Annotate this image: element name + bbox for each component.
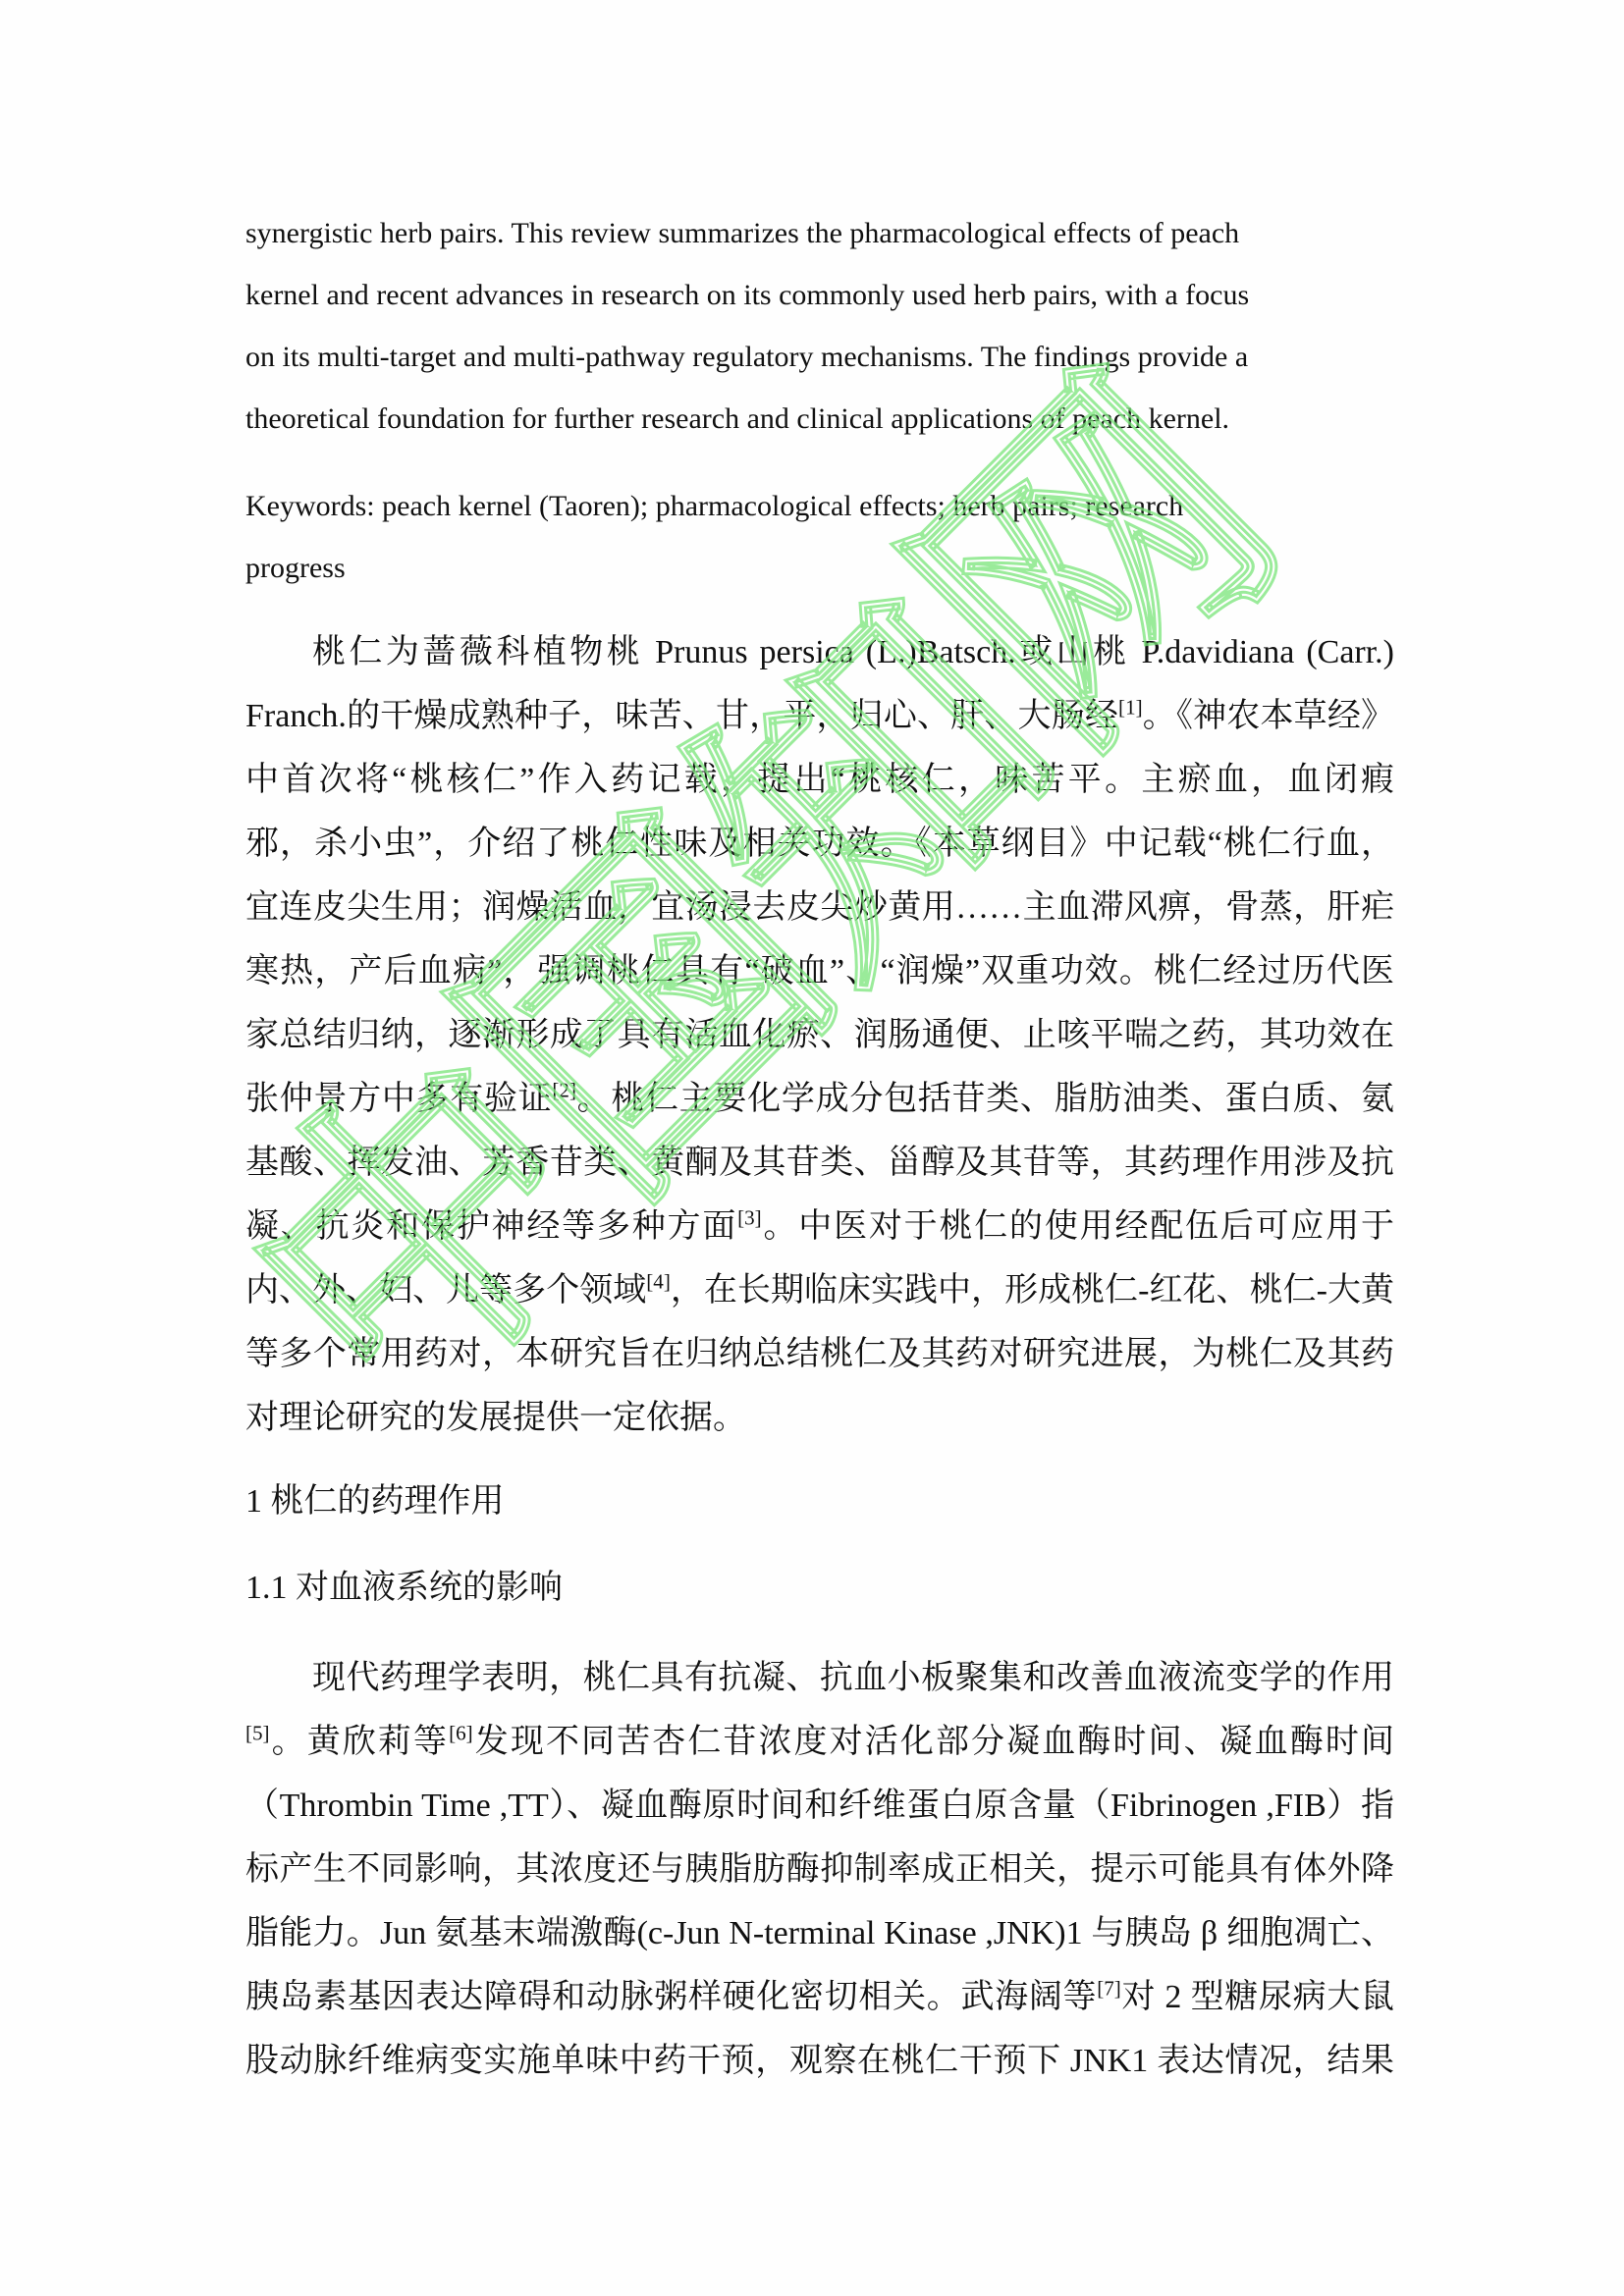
- text-line: 胰岛素基因表达障碍和动脉粥样硬化密切相关。武海阔等[7]对 2 型糖尿病大鼠: [245, 1965, 1394, 2029]
- text-line: [5]。黄欣莉等[6]发现不同苦杏仁苷浓度对活化部分凝血酶时间、凝血酶时间: [245, 1710, 1394, 1774]
- section-1-heading: 1 桃仁的药理作用: [245, 1469, 1394, 1533]
- text-line: 凝、抗炎和保护神经等多种方面[3]。中医对于桃仁的使用经配伍后可应用于: [245, 1195, 1394, 1258]
- abstract-paragraph: synergistic herb pairs. This review summ…: [245, 202, 1394, 450]
- text-line: Franch.的干燥成熟种子，味苦、甘，平，归心、肝、大肠经[1]。《神农本草经…: [245, 684, 1394, 748]
- citation-superscript: [1]: [1118, 696, 1143, 720]
- section-1-1-heading: 1.1 对血液系统的影响: [245, 1556, 1394, 1620]
- text-line: progress: [245, 537, 1394, 599]
- text-line: 等多个常用药对，本研究旨在归纳总结桃仁及其药对研究进展，为桃仁及其药: [245, 1322, 1394, 1386]
- text-line: 中首次将“桃核仁”作入药记载，提出“桃核仁，味苦平。主瘀血，血闭瘕: [245, 748, 1394, 812]
- text-line: 标产生不同影响，其浓度还与胰脂肪酶抑制率成正相关，提示可能具有体外降: [245, 1838, 1394, 1901]
- text-line: on its multi-target and multi-pathway re…: [245, 326, 1394, 388]
- text-line: synergistic herb pairs. This review summ…: [245, 202, 1394, 264]
- citation-superscript: [7]: [1097, 1977, 1121, 2001]
- citation-superscript: [2]: [552, 1079, 576, 1102]
- text-line: 邪，杀小虫”，介绍了桃仁性味及相关功效。《本草纲目》中记载“桃仁行血，: [245, 812, 1394, 876]
- citation-superscript: [3]: [737, 1206, 762, 1230]
- text-line: 桃仁为蔷薇科植物桃 Prunus persica (L.)Batsch.或山桃 …: [245, 620, 1394, 684]
- citation-superscript: [5]: [245, 1722, 270, 1745]
- text-line: theoretical foundation for further resea…: [245, 388, 1394, 450]
- text-line: 现代药理学表明，桃仁具有抗凝、抗血小板聚集和改善血液流变学的作用: [245, 1646, 1394, 1710]
- document-page: 中国知网 synergistic herb pairs. This review…: [0, 0, 1624, 2296]
- citation-superscript: [6]: [449, 1722, 473, 1745]
- text-line: 寒热，产后血病”，强调桃仁具有“破血”、“润燥”双重功效。桃仁经过历代医: [245, 939, 1394, 1003]
- text-line: kernel and recent advances in research o…: [245, 264, 1394, 326]
- citation-superscript: [4]: [646, 1270, 671, 1294]
- text-line: 股动脉纤维病变实施单味中药干预，观察在桃仁干预下 JNK1 表达情况，结果: [245, 2029, 1394, 2093]
- text-line: 脂能力。Jun 氨基末端激酶(c-Jun N-terminal Kinase ,…: [245, 1901, 1394, 1965]
- introduction-paragraph: 桃仁为蔷薇科植物桃 Prunus persica (L.)Batsch.或山桃 …: [245, 620, 1394, 1450]
- keywords-paragraph: Keywords: peach kernel (Taoren); pharmac…: [245, 475, 1394, 599]
- text-line: 基酸、挥发油、芳香苷类、黄酮及其苷类、甾醇及其苷等，其药理作用涉及抗: [245, 1131, 1394, 1195]
- page-content: synergistic herb pairs. This review summ…: [245, 202, 1394, 2093]
- text-line: Keywords: peach kernel (Taoren); pharmac…: [245, 475, 1394, 537]
- text-line: 内、外、妇、儿等多个领域[4]，在长期临床实践中，形成桃仁-红花、桃仁-大黄: [245, 1258, 1394, 1322]
- text-line: 宜连皮尖生用；润燥活血，宜汤浸去皮尖炒黄用……主血滞风痹，骨蒸，肝疟: [245, 876, 1394, 939]
- text-line: 张仲景方中多有验证[2]。桃仁主要化学成分包括苷类、脂肪油类、蛋白质、氨: [245, 1067, 1394, 1131]
- text-line: （Thrombin Time ,TT）、凝血酶原时间和纤维蛋白原含量（Fibri…: [245, 1774, 1394, 1838]
- text-line: 家总结归纳，逐渐形成了具有活血化瘀、润肠通便、止咳平喘之药，其功效在: [245, 1003, 1394, 1067]
- pharmacology-paragraph: 现代药理学表明，桃仁具有抗凝、抗血小板聚集和改善血液流变学的作用[5]。黄欣莉等…: [245, 1646, 1394, 2093]
- text-line: 对理论研究的发展提供一定依据。: [245, 1386, 1394, 1450]
